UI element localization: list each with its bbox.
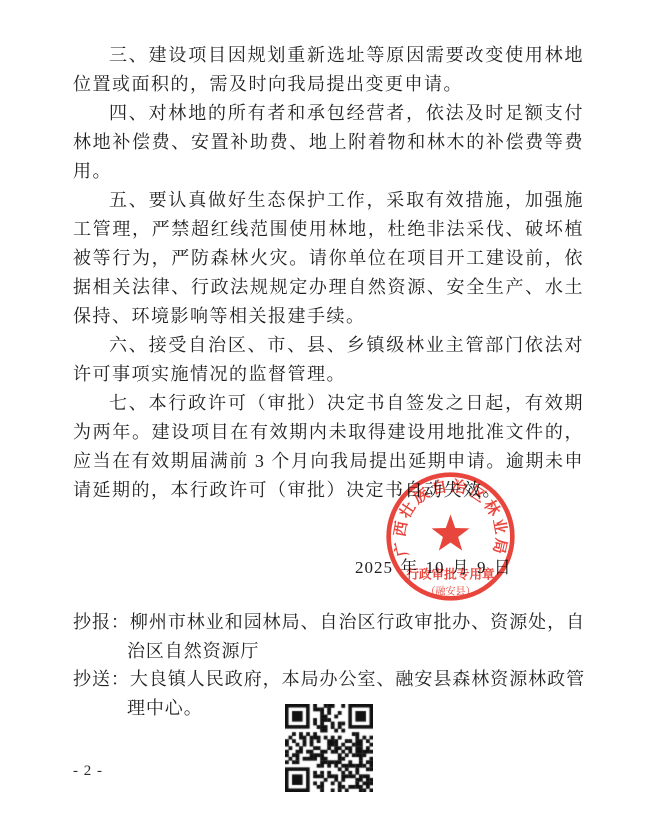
- paragraph: 三、建设项目因规划重新选址等原因需要改变使用林地位置或面积的，需及时向我局提出变…: [73, 41, 584, 99]
- qr-code: [285, 704, 373, 792]
- document-page: 三、建设项目因规划重新选址等原因需要改变使用林地位置或面积的，需及时向我局提出变…: [0, 0, 646, 821]
- paragraph: 六、接受自治区、市、县、乡镇级林业主管部门依法对许可事项实施情况的监督管理。: [73, 331, 584, 389]
- seal-county-text: （融安县）: [426, 584, 476, 597]
- cc-report-label: 抄报：: [73, 612, 130, 632]
- official-seal: 广西壮族自治区林业局 行政审批专用章 （融安县）: [384, 470, 517, 603]
- document-body: 三、建设项目因规划重新选址等原因需要改变使用林地位置或面积的，需及时向我局提出变…: [73, 41, 584, 505]
- seal-graphic: 广西壮族自治区林业局 行政审批专用章 （融安县）: [384, 470, 517, 603]
- seal-type-text: 行政审批专用章: [406, 566, 495, 581]
- seal-star-icon: [432, 515, 470, 551]
- page-number: - 2 -: [73, 763, 103, 780]
- cc-report-text: 柳州市林业和园林局、自治区行政审批办、资源处，自治区自然资源厅: [127, 612, 585, 661]
- paragraph: 五、要认真做好生态保护工作，采取有效措施，加强施工管理，严禁超红线范围使用林地，…: [73, 186, 584, 331]
- cc-report-line: 抄报：柳州市林业和园林局、自治区行政审批办、资源处，自治区自然资源厅: [73, 608, 585, 665]
- paragraph: 四、对林地的所有者和承包经营者，依法及时足额支付林地补偿费、安置补助费、地上附着…: [73, 99, 584, 186]
- cc-send-label: 抄送：: [73, 669, 130, 689]
